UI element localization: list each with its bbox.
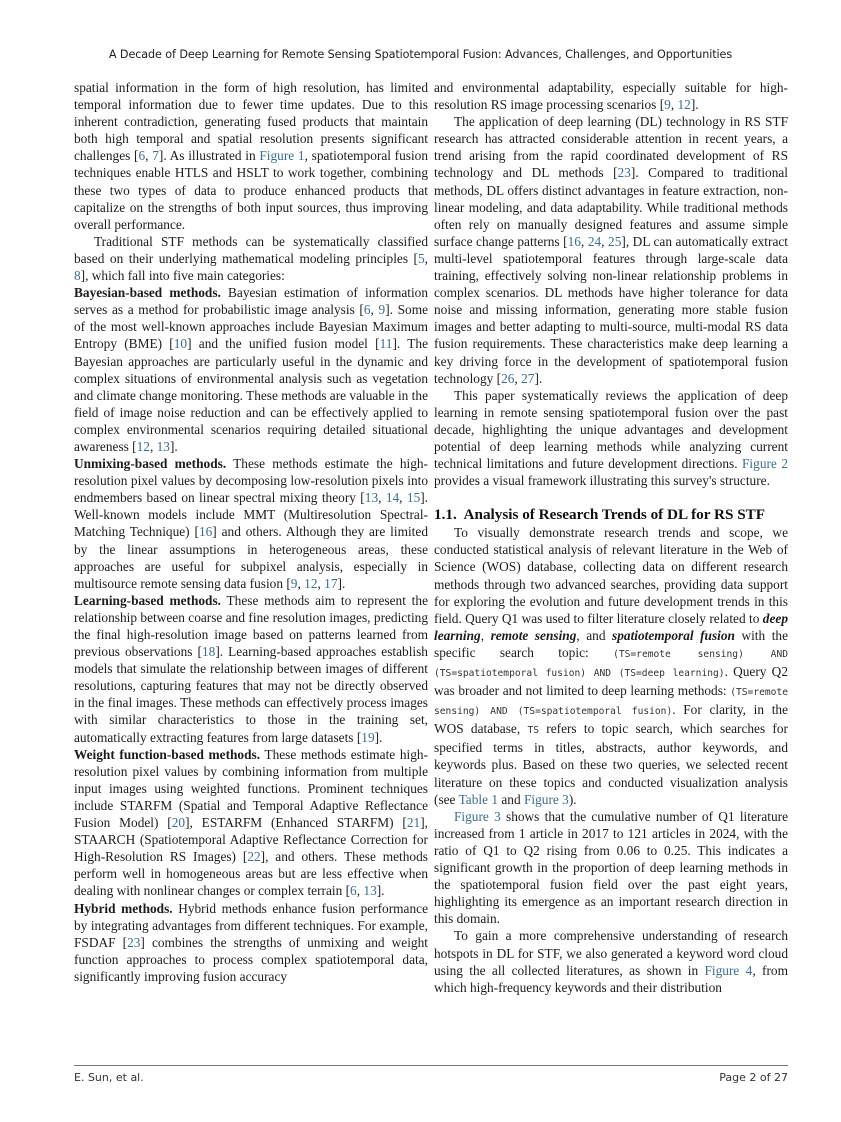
footer-page-number: Page 2 of 27 [719,1071,788,1084]
paragraph: spatial information in the form of high … [74,79,428,233]
citation-link[interactable]: 13 [365,490,378,505]
paragraph-learning: Learning-based methods. These methods ai… [74,592,428,746]
query-code: TS [527,725,539,736]
paragraph: Figure 3 shows that the cumulative numbe… [434,808,788,928]
citation-link[interactable]: 12 [304,576,317,591]
figure-link[interactable]: Figure 3 [454,809,501,824]
citation-link[interactable]: 24 [588,234,601,249]
citation-link[interactable]: 21 [407,815,420,830]
run-in-heading: Bayesian-based methods. [74,285,221,300]
citation-link[interactable]: 16 [568,234,581,249]
citation-link[interactable]: 25 [608,234,621,249]
citation-link[interactable]: 23 [618,165,631,180]
paragraph: The application of deep learning (DL) te… [434,113,788,387]
citation-link[interactable]: 23 [127,935,140,950]
paragraph-hybrid: Hybrid methods. Hybrid methods enhance f… [74,900,428,985]
figure-link[interactable]: Figure 2 [742,456,788,471]
table-link[interactable]: Table 1 [459,792,498,807]
citation-link[interactable]: 9 [664,97,671,112]
citation-link[interactable]: 7 [152,148,159,163]
paragraph: Traditional STF methods can be systemati… [74,233,428,284]
citation-link[interactable]: 18 [202,644,215,659]
citation-link[interactable]: 15 [407,490,420,505]
section-heading: 1.1. Analysis of Research Trends of DL f… [434,505,788,524]
paragraph: To visually demonstrate research trends … [434,524,788,808]
citation-link[interactable]: 8 [74,268,81,283]
citation-link[interactable]: 14 [386,490,399,505]
keyword-emphasis: spatiotemporal fusion [612,628,735,643]
citation-link[interactable]: 10 [174,336,187,351]
citation-link[interactable]: 22 [247,849,260,864]
paragraph-unmixing: Unmixing-based methods. These methods es… [74,455,428,592]
citation-link[interactable]: 19 [361,730,374,745]
paragraph: and environmental adaptability, especial… [434,79,788,113]
citation-link[interactable]: 17 [324,576,337,591]
figure-link[interactable]: Figure 1 [259,148,304,163]
citation-link[interactable]: 12 [677,97,690,112]
paragraph: To gain a more comprehensive understandi… [434,927,788,995]
citation-link[interactable]: 5 [418,251,425,266]
run-in-heading: Learning-based methods. [74,593,221,608]
paragraph-weight: Weight function-based methods. These met… [74,746,428,900]
citation-link[interactable]: 13 [157,439,170,454]
citation-link[interactable]: 27 [521,371,534,386]
citation-link[interactable]: 6 [350,883,357,898]
paragraph: This paper systematically reviews the ap… [434,387,788,490]
left-column: spatial information in the form of high … [74,79,428,985]
citation-link[interactable]: 6 [364,302,371,317]
citation-link[interactable]: 20 [172,815,185,830]
paragraph-bayesian: Bayesian-based methods. Bayesian estimat… [74,284,428,455]
run-in-heading: Weight function-based methods. [74,747,260,762]
citation-link[interactable]: 16 [199,524,212,539]
right-column: and environmental adaptability, especial… [434,79,788,996]
citation-link[interactable]: 12 [137,439,150,454]
running-header-title: A Decade of Deep Learning for Remote Sen… [0,48,841,61]
keyword-emphasis: remote sensing [491,628,577,643]
run-in-heading: Unmixing-based methods. [74,456,226,471]
figure-link[interactable]: Figure 3 [524,792,569,807]
citation-link[interactable]: 26 [501,371,514,386]
footer-authors: E. Sun, et al. [74,1071,144,1084]
citation-link[interactable]: 13 [363,883,376,898]
footer-divider [74,1065,788,1066]
run-in-heading: Hybrid methods. [74,901,173,916]
citation-link[interactable]: 11 [380,336,393,351]
figure-link[interactable]: Figure 4 [705,963,753,978]
